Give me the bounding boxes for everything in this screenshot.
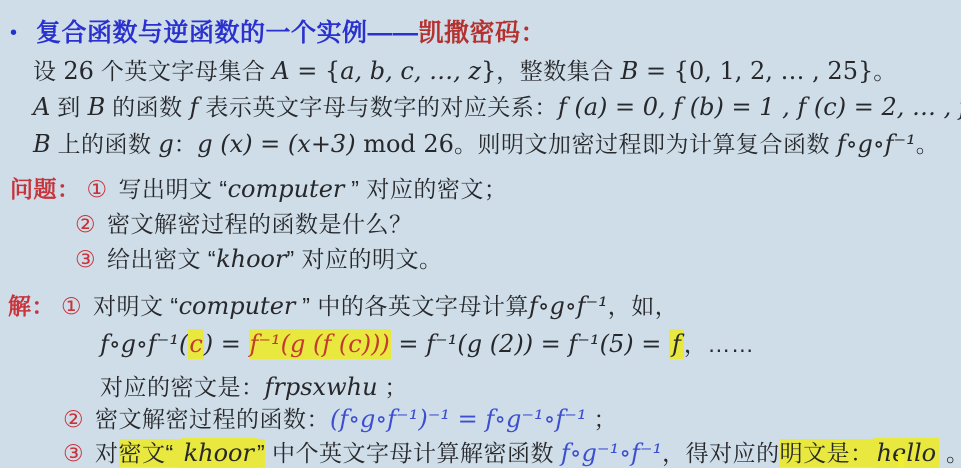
cn-text: ，如， [608,293,679,319]
circled-number-1: ① [87,177,108,203]
slide-title: •复合函数与逆函数的一个实例——凯撒密码： [10,13,546,49]
math-text: a, b, c, …, z [340,57,481,85]
cn-text: 个英文字母集合 [94,58,272,84]
math-text: B [88,93,106,121]
cn-text: 表示英文字母与数字的对应关系： [198,94,557,120]
cn-text: ” 对应的密文； [344,176,507,202]
cn-text: 中个英文字母计算解密函数 [265,440,561,466]
math-text: g [158,130,173,158]
circled-number-3: ③ [63,441,84,467]
section-label-solution: 解： [8,293,55,319]
math-text: A [272,57,289,85]
solution-line-1: 解：① 对明文 “computer ” 中的各英文字母计算f∘g∘f⁻¹，如， [8,288,678,321]
math-text: computer [228,175,345,203]
math-text: 26 [63,57,94,85]
math-text: = { [290,57,341,85]
cn-text: ，整数集合 [496,58,620,84]
highlighted-math: hello [874,438,939,468]
math-text: f (a) = 0, f (b) = 1 , f (c) = 2, … , f … [558,93,961,121]
circled-number-3: ③ [75,247,96,273]
highlighted-math: khoor [181,438,257,468]
math-text: g (x) = (x+3) [197,130,363,158]
cn-text: ，得对应的 [662,440,780,466]
highlighted-cn-text: ” [257,439,265,467]
math-text: A [33,93,50,121]
math-text: f∘g∘f⁻¹ [837,130,916,158]
cn-text: ： [174,131,198,157]
cn-text: ” 中的各英文字母计算 [295,293,528,319]
question-line-3: ③ 给出密文 “khoor” 对应的明文。 [75,241,443,274]
cn-text: 的函数 [105,94,189,120]
section-label-question: 问题： [10,176,81,202]
cn-text: 到 [50,94,87,120]
cn-text: 对 [88,440,118,466]
math-text: f∘g∘f⁻¹ [529,292,608,320]
cn-text: 。则明文加密过程即为计算复合函数 [454,131,837,157]
bullet-icon: • [10,22,36,45]
circled-number-2: ② [63,407,84,433]
math-text: frpsxwhu [265,373,378,401]
question-line-1: 问题：① 写出明文 “computer ” 对应的密文； [10,171,507,204]
highlighted-cn-text: 明文是： [780,439,874,467]
math-text: B [621,57,639,85]
cn-text: 设 [33,58,63,84]
math-text: khoor [216,245,286,273]
math-text-blue: (f∘g∘f⁻¹)⁻¹ = f∘g⁻¹∘f⁻¹ [330,405,587,433]
highlighted-math-red: c [188,329,203,359]
cn-text: 密文解密过程的函数是什么？ [100,211,412,237]
cn-text: 上的函数 [51,131,159,157]
solution-formula-line: f∘g∘f⁻¹(c) = f⁻¹(g (f (c))) = f⁻¹(g (2))… [100,326,754,359]
cn-text: 。 [939,440,961,466]
math-text: = {0, 1, 2, … , 25} [638,57,873,85]
math-text: f∘g∘f⁻¹( [100,330,188,358]
intro-line-3: B 上的函数 g：g (x) = (x+3) mod 26。则明文加密过程即为计… [33,126,939,159]
math-text-blue: f∘g⁻¹∘f⁻¹ [561,439,662,467]
cn-text: 。 [916,131,940,157]
question-line-2: ② 密文解密过程的函数是什么？ [75,206,413,239]
highlighted-cn-text: 密文“ [119,439,181,467]
title-text-red: 凯撒密码： [419,19,547,47]
math-text: ) = [204,330,249,358]
slide: •复合函数与逆函数的一个实例——凯撒密码：设 26 个英文字母集合 A = {a… [0,0,961,468]
title-text-blue: 复合函数与逆函数的一个实例—— [36,19,419,47]
math-text: B [33,130,51,158]
math-text: mod 26 [363,130,454,158]
cn-text: 对明文 “ [86,293,178,319]
circled-number-1: ① [61,294,82,320]
highlighter-cursor-icon [898,454,904,468]
cn-text: 。 [873,58,897,84]
math-text: } [481,57,496,85]
cn-text: ； [378,374,408,400]
solution-cipher-line: 对应的密文是：frpsxwhu ； [100,369,408,402]
highlighted-math-red: f⁻¹(g (f (c))) [249,329,391,359]
highlighted-math: f [669,329,684,359]
math-text: computer [179,292,296,320]
cn-text: 写出明文 “ [112,176,228,202]
intro-line-2: A 到 B 的函数 f 表示英文字母与数字的对应关系：f (a) = 0, f … [33,89,961,122]
cn-text: ； [587,406,617,432]
cn-text: 对应的密文是： [100,374,265,400]
circled-number-2: ② [75,212,96,238]
cn-text: 给出密文 “ [100,246,216,272]
solution-line-3: ③ 对密文“ khoor” 中个英文字母计算解密函数 f∘g⁻¹∘f⁻¹，得对应… [63,435,961,468]
intro-line-1: 设 26 个英文字母集合 A = {a, b, c, …, z}，整数集合 B … [33,53,897,86]
cn-text: 密文解密过程的函数： [88,406,330,432]
cn-text: ” 对应的明文。 [286,246,442,272]
cn-text: ，…… [684,331,755,357]
solution-line-2: ② 密文解密过程的函数：(f∘g∘f⁻¹)⁻¹ = f∘g⁻¹∘f⁻¹ ； [63,401,617,434]
math-text: = f⁻¹(g (2)) = f⁻¹(5) = [391,330,669,358]
